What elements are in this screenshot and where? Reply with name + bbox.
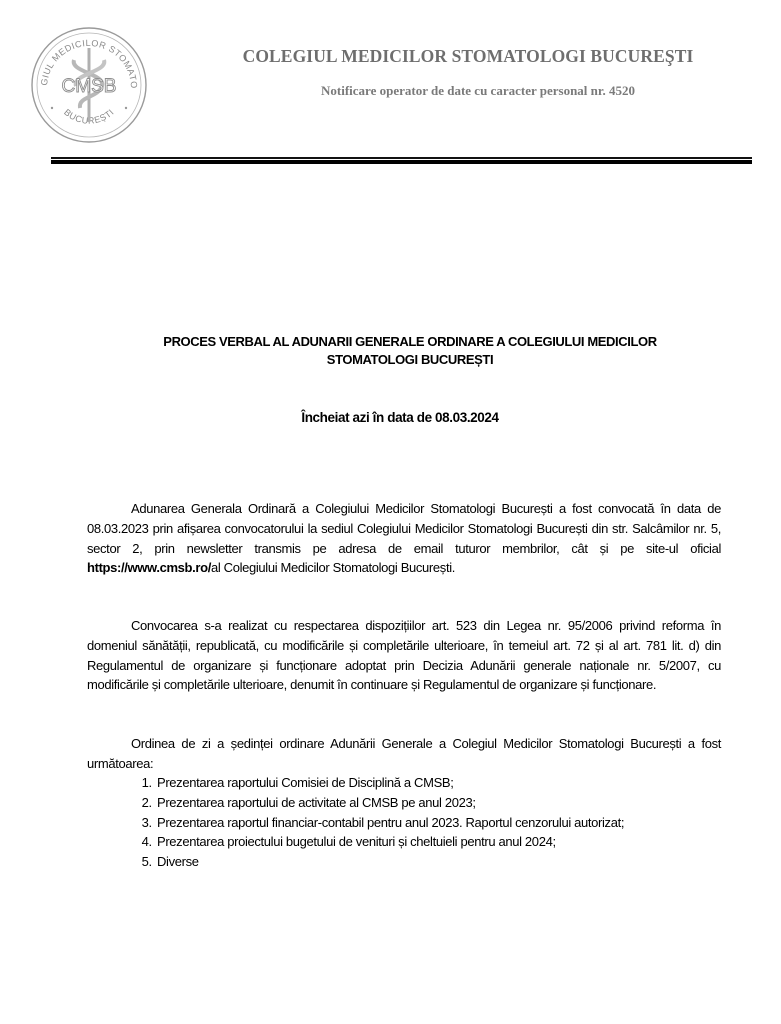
agenda-list: Prezentarea raportului Comisiei de Disci…: [87, 773, 721, 872]
agenda-item: Diverse: [155, 852, 721, 872]
data-operator-notification: Notificare operator de date cu caracter …: [218, 83, 718, 99]
organization-name: COLEGIUL MEDICILOR STOMATOLOGI BUCUREŞTI: [218, 46, 718, 67]
agenda-item: Prezentarea raportului de activitate al …: [155, 793, 721, 813]
paragraph-convocation-text-end: al Colegiului Medicilor Stomatologi Bucu…: [211, 560, 455, 575]
website-link[interactable]: https://www.cmsb.ro/: [87, 560, 211, 575]
document-date: Încheiat azi în data de 08.03.2024: [100, 410, 700, 425]
paragraph-legal-basis: Convocarea s-a realizat cu respectarea d…: [87, 616, 721, 695]
header-divider: [51, 157, 752, 164]
paragraph-legal-basis-text: Convocarea s-a realizat cu respectarea d…: [87, 618, 721, 692]
cmsb-seal-icon: COLEGIUL MEDICILOR STOMATOLOGI BUCUREȘTI…: [30, 26, 148, 144]
paragraph-agenda-intro: Ordinea de zi a ședinței ordinare Adunăr…: [87, 734, 721, 774]
document-title-line1: PROCES VERBAL AL ADUNARII GENERALE ORDIN…: [100, 333, 720, 351]
agenda-item: Prezentarea raportul financiar-contabil …: [155, 813, 721, 833]
seal-center-text: CMSB: [62, 76, 117, 97]
document-title-line2: STOMATOLOGI BUCUREȘTI: [100, 351, 720, 369]
paragraph-agenda-intro-text: Ordinea de zi a ședinței ordinare Adunăr…: [87, 736, 721, 771]
agenda-item: Prezentarea raportului Comisiei de Disci…: [155, 773, 721, 793]
paragraph-convocation: Adunarea Generala Ordinară a Colegiului …: [87, 499, 721, 578]
document-title: PROCES VERBAL AL ADUNARII GENERALE ORDIN…: [100, 333, 720, 369]
paragraph-convocation-text: Adunarea Generala Ordinară a Colegiului …: [87, 501, 721, 556]
agenda-item: Prezentarea proiectului bugetului de ven…: [155, 832, 721, 852]
